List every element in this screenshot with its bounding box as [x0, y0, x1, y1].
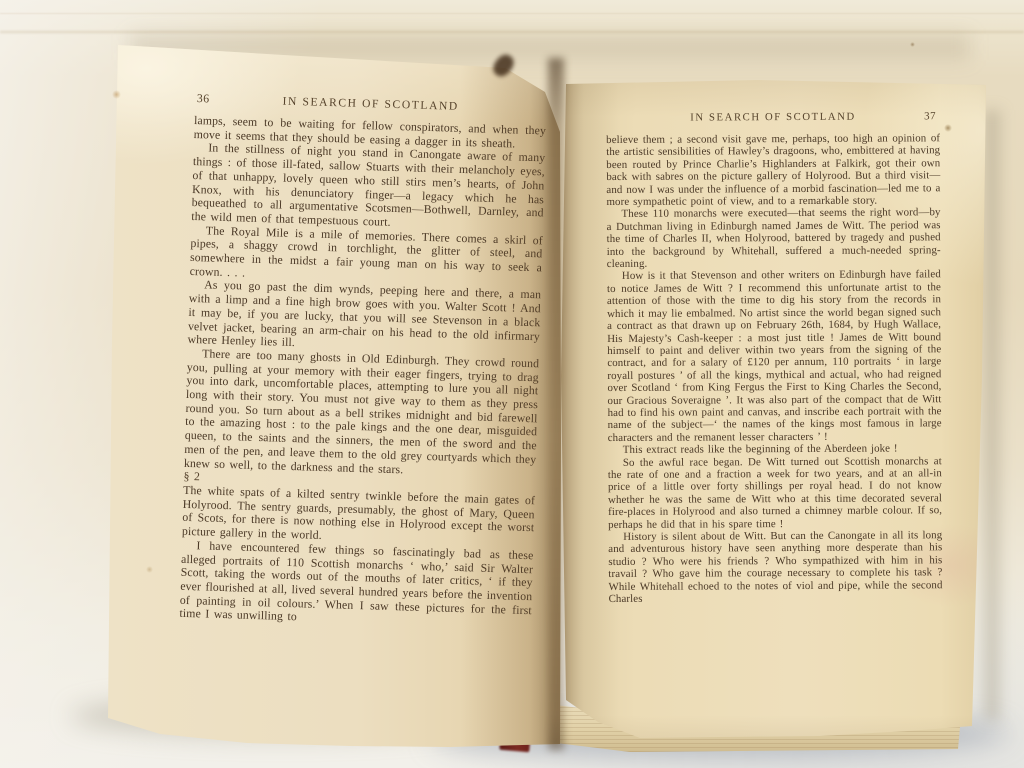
book-page-left: 36 IN SEARCH OF SCOTLAND lamps, seem to …	[100, 40, 562, 752]
book-page-right: IN SEARCH OF SCOTLAND 37 believe them ; …	[558, 76, 992, 756]
paragraph: believe them ; a second visit gave me, p…	[606, 132, 940, 208]
running-title: IN SEARCH OF SCOTLAND	[606, 110, 940, 124]
paragraph: So the awful race began. De Witt turned …	[608, 455, 942, 531]
page-number: 37	[924, 110, 936, 122]
running-title: IN SEARCH OF SCOTLAND	[195, 92, 547, 116]
background-seam	[0, 13, 1024, 14]
running-header: IN SEARCH OF SCOTLAND 37	[606, 110, 940, 128]
paragraph: How is it that Stevenson and other write…	[607, 269, 942, 444]
paragraph: There are too many ghosts in Old Edinbur…	[184, 347, 540, 481]
paragraph: These 110 monarchs were executed—that se…	[607, 207, 941, 271]
paragraph: History is silent about de Witt. But can…	[608, 529, 942, 605]
background-seam	[0, 31, 1024, 33]
book-gutter	[548, 58, 564, 750]
page-37-text: IN SEARCH OF SCOTLAND 37 believe them ; …	[606, 110, 943, 605]
paragraph: As you go past the dim wynds, peeping he…	[187, 278, 541, 357]
book-shadow	[984, 110, 1000, 720]
photo-of-open-book: 36 IN SEARCH OF SCOTLAND lamps, seem to …	[0, 0, 1024, 768]
paragraph: I have encountered few things so fascina…	[179, 539, 533, 632]
paragraph: This extract reads like the beginning of…	[608, 442, 942, 456]
paragraph: In the stillness of night you stand in C…	[191, 141, 545, 234]
page-number: 36	[197, 92, 210, 106]
page-36-text: 36 IN SEARCH OF SCOTLAND lamps, seem to …	[179, 92, 547, 631]
